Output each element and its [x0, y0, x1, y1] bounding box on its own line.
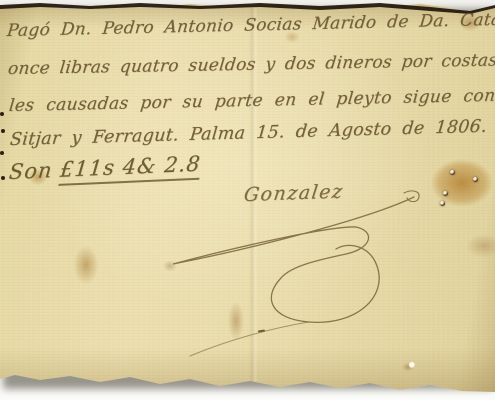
scanned-document: Pagó Dn. Pedro Antonio Socias Marido de …	[0, 0, 495, 400]
signature-rubric	[0, 0, 495, 400]
